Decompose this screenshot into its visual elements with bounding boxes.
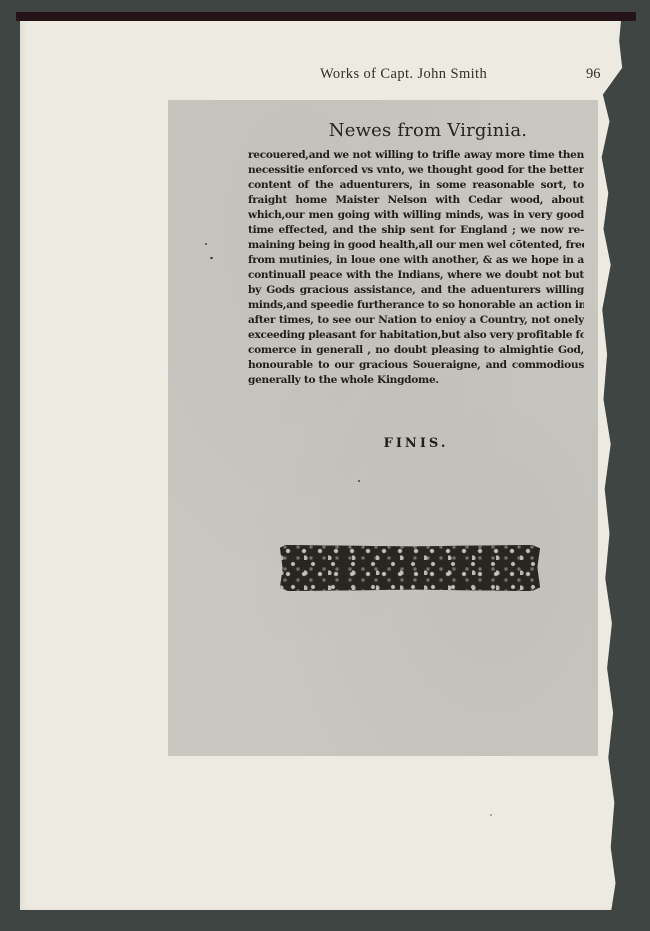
scan-background: Works of Capt. John Smith 96 Newes from … <box>0 0 650 931</box>
facsimile-text-line: maining being in good health,all our men… <box>248 238 584 253</box>
facsimile-text-line: fraight home Maister Nelson with Cedar w… <box>248 193 584 208</box>
facsimile-text-line: time effected, and the ship sent for Eng… <box>248 223 584 238</box>
facsimile-body-text: recouered,and we not willing to trifle a… <box>248 148 584 388</box>
book-page: Works of Capt. John Smith 96 Newes from … <box>20 14 624 910</box>
facsimile-text-line: from mutinies, in loue one with another,… <box>248 253 584 268</box>
running-title: Works of Capt. John Smith <box>320 66 487 83</box>
facsimile-text-line: necessitie enforced vs vnto, we thought … <box>248 163 584 178</box>
finis-label: FINIS. <box>248 436 584 451</box>
page-number: 96 <box>586 66 601 83</box>
floral-woodcut-band-icon <box>280 545 540 591</box>
facsimile-text-line: generally to the whole Kingdome. <box>248 373 584 388</box>
facsimile-text-line: which,our men going with willing minds, … <box>248 208 584 223</box>
ink-speck <box>210 257 213 259</box>
facsimile-text-line: recouered,and we not willing to trifle a… <box>248 148 584 163</box>
facsimile-text-line: continuall peace with the Indians, where… <box>248 268 584 283</box>
facsimile-text-line: minds,and speedie furtherance to so hono… <box>248 298 584 313</box>
facsimile-text-line: after times, to see our Nation to enioy … <box>248 313 584 328</box>
facsimile-text-line: content of the aduenturers, in some reas… <box>248 178 584 193</box>
ink-speck <box>490 814 492 816</box>
ink-speck <box>205 243 207 245</box>
facsimile-text-line: comerce in generall , no doubt pleasing … <box>248 343 584 358</box>
facsimile-text-line: honourable to our gracious Soueraigne, a… <box>248 358 584 373</box>
facsimile-page: Newes from Virginia. recouered,and we no… <box>168 100 598 756</box>
binding-edge <box>16 12 636 21</box>
facsimile-text-line: exceeding pleasant for habitation,but al… <box>248 328 584 343</box>
facsimile-title: Newes from Virginia. <box>258 120 598 141</box>
facsimile-text-line: by Gods gracious assistance, and the adu… <box>248 283 584 298</box>
ink-speck <box>358 480 360 482</box>
